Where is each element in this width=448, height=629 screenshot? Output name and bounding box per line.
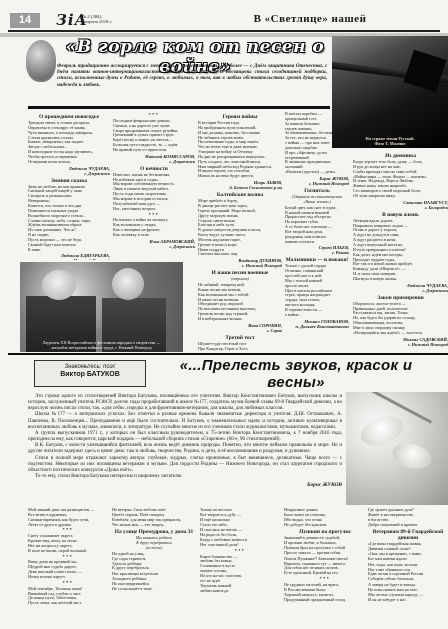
- poem-title: О вечности: [113, 166, 195, 172]
- poem-text: Оборвалось: ангела-телега — Правильных д…: [353, 302, 448, 336]
- poem-title: Закон примирения: [353, 295, 448, 301]
- feature-paragraph: А группа выпускников 1971 г., у которых …: [28, 431, 342, 443]
- section-divider-rule: [8, 353, 448, 355]
- poem-text: Не трудных мелочей, ни врага, В России в…: [284, 583, 366, 602]
- feature-paragraph: В.К. Батуков, с юности увлекавшийся фант…: [28, 443, 342, 455]
- poem-text: Мой зимний день так разноцветен — Все ве…: [28, 508, 108, 527]
- poem-text: Пошла Пушкина?! Батюшки-светы! Впрочем, …: [284, 557, 366, 576]
- poem-author: Людмила ЧУДАЕВА, г. Дзержинск: [28, 166, 110, 176]
- photo-caption: На страже земли Русской. Фото Т. Мжачих: [334, 136, 446, 146]
- feature-byline: Борис ЖУКОВ: [28, 482, 342, 488]
- stars-separator: ***: [28, 581, 108, 586]
- poem-text: А завтра не будет и взвода. Но пока памя…: [368, 583, 448, 602]
- poem-text: Нас красавицы встретили Холодного ребёнк…: [112, 572, 196, 591]
- header-rule: [8, 30, 440, 32]
- poem-text: В мечтах коробки — прощальный тост. За в…: [285, 112, 349, 175]
- poem-column-6: Мой зимний день так разноцветен — Все ве…: [28, 508, 108, 627]
- feature-paragraphs: Это строки одного из стихотворений Викто…: [28, 394, 342, 480]
- feature-box: Знакомьтесь: поэт Виктор БАТУКОВ: [34, 360, 146, 387]
- poem-author: Михаил САДОВСКИЙ, г. Нижний Новгород: [353, 337, 448, 347]
- feature-paragraph: То-то ему, стихи Виктора Батукова интере…: [28, 474, 342, 480]
- poem-text: Море прибьёт к борту, В днище растает на…: [198, 199, 282, 257]
- poem-title: Третий тост: [198, 335, 282, 341]
- poem-author: Михаил ГОЛОВАНОВ, п. Дальнее Константино…: [285, 319, 349, 329]
- intro-rule: [28, 106, 330, 109]
- poem-column-9: Некрасивое деянье Было вовсе не отлично,…: [284, 508, 366, 627]
- ornament-emblem: [26, 40, 56, 80]
- poem-text: Некрасивое деянье Было вовсе не отлично,…: [284, 508, 366, 527]
- poem-text: Зиму не люблю, но как приятно Снежной ча…: [28, 185, 110, 253]
- poem-author: Людмила ЧУДАЕВА, г. Дзержинск: [353, 283, 448, 293]
- poem-author: Владимир ДУБИНОВ, г. Нижний Новгород: [198, 258, 282, 268]
- poem-title: Ветеранам 89-й Гвардейской дивизии: [368, 529, 448, 541]
- poem-column-3: Героям войныВ истории России года, На пр…: [198, 112, 282, 352]
- poem-text: Только с душой сердца Отчизны, славянски…: [285, 264, 349, 317]
- poem-title: Зимняя сказка: [28, 178, 110, 184]
- photo-caption: Лауреаты XII Всероссийского фестиваля на…: [22, 340, 181, 350]
- newspaper-page: 14 ЗіА № 2 (384), февраль 2018 г. В «Све…: [0, 0, 448, 629]
- poem-text: Не забывай, товарищ мой, Какие песни мы …: [198, 283, 282, 322]
- veteran-face: [112, 268, 144, 300]
- page-number: 14: [10, 13, 40, 28]
- poem-column-8: Только не веселье Всё творится к дубу — …: [200, 508, 280, 627]
- flower-petal-shape: [390, 439, 435, 473]
- poem-author: Иван СОРОКИН, г. Саров: [198, 323, 282, 333]
- poem-text: Летящая вдаль дорога. Покрывало ковровых…: [353, 219, 448, 282]
- feature-article: Это строки одного из стихотворений Викто…: [28, 394, 342, 488]
- poem-text: «Где ваша гвардейская живая, Дивизия сла…: [368, 542, 448, 561]
- section-title: В «Светлице» нашей: [210, 13, 410, 25]
- poem-text: На одной на улиц, Где сады теряются, Уда…: [112, 552, 196, 571]
- poem-text: Снегу сглаживает окрест, Кружит вид, кош…: [28, 534, 108, 553]
- poem-column-7: Не ветерка. Своя любовь поёт. Цветёт сир…: [112, 508, 196, 627]
- feature-paragraph: Это строки одного из стихотворений Викто…: [28, 394, 342, 412]
- poem-text: Знакомый в девяносто судьбой, И прозаик …: [284, 536, 366, 555]
- poem-column-4: В мечтах коробки — прощальный тост. За в…: [285, 112, 349, 352]
- poem-text: Трещали свечи, и стопка догорала, Оправл…: [28, 121, 110, 165]
- poem-text: Не ветерка. Своя любовь поёт. Цветёт сир…: [112, 508, 196, 527]
- flowers-photo: [346, 392, 448, 505]
- soldier-photo: На страже земли Русской. Фото Т. Мжачих: [332, 36, 448, 148]
- poem-title: В новую жизнь: [353, 212, 448, 218]
- poem-column-5: Из дневникаКогда терзает тело боль, душу…: [353, 151, 448, 352]
- poem-column-2: ***Последние февральские деньки. Снежок,…: [113, 112, 195, 258]
- poem-column-10: Где тронет дыхание душ? Живёт в несоверш…: [368, 508, 448, 627]
- poem-author: Сергей ИЛЬЕВ, г. Рязань: [285, 245, 349, 255]
- poem-author: Борис ЖУКОВ, г. Нижний Новгород: [285, 176, 349, 186]
- poem-text: Вижу дома на прежний час, Щедрой мне суд…: [28, 560, 108, 579]
- poem-author: Игорь ЛЬВОВ, д. Бочиха Сосновского р-на: [198, 180, 282, 190]
- feature-paragraph: Стихи в полной мере отражают характер ав…: [28, 456, 342, 474]
- veterans-photo: Лауреаты XII Всероссийского фестиваля на…: [20, 262, 183, 352]
- poem-text: Только не веселье Всё творится к дубу — …: [200, 508, 280, 527]
- poem-text: Последние февральские деньки. Снежок, а …: [113, 119, 195, 153]
- poem-text: Какое блаженство — любовь без конца, Сол…: [200, 555, 280, 594]
- poem-author: Светлана НААВГУСТ, г. Богородск: [353, 200, 448, 210]
- feature-paragraph: Школа №177 — о ветеранских успехах. Без …: [28, 412, 342, 430]
- poem-text: Когда терзает тело боль, душу — боль, И …: [353, 160, 448, 199]
- poem-subtitle: (Отрывок из стихотворения «Наша жизнь»): [285, 195, 349, 205]
- feature-box-name: Виктор БАТУКОВ: [35, 371, 145, 378]
- poem-text: Шумит-гудит весёлый тост Про Кандагар, Г…: [198, 342, 282, 352]
- poem-text: Где тронет дыхание душ? Живёт в несоверш…: [368, 508, 448, 527]
- lead-intro: Февраль традиционно ассоциируется с мете…: [57, 63, 327, 88]
- feature-headline: «...Прелесть звуков, красок и весны»: [150, 357, 442, 391]
- feature-box-label: Знакомьтесь: поэт: [35, 364, 145, 370]
- poem-author: Илья АБРАМОВСКИЙ, г. Дзержинск: [113, 239, 195, 249]
- rifle-stock-shape: [404, 50, 447, 93]
- poem-column-1: О прошедшем новогодьеТрещали свечи, и ст…: [28, 112, 110, 260]
- poem-text: На памяти о войне не молкнут, Как вспомн…: [113, 218, 195, 237]
- poem-text: Белый цвет, как снег в горах, В нашей па…: [285, 206, 349, 245]
- poem-subtitle: Мы нанялись ребёнок К другу перебраться …: [112, 536, 196, 551]
- poem-author: Николай КОМИССАРОВ, г. Дзержинск: [113, 154, 195, 164]
- poem-text: В истории России года, На пройденном пут…: [198, 121, 282, 179]
- poem-text: Мой сентябрь. Теплынь такая! Вишнёвый са…: [28, 587, 108, 606]
- veteran-face: [42, 270, 76, 300]
- issue-info: № 2 (384), февраль 2018 г.: [82, 14, 112, 25]
- poem-text: Нет, годы, как пули, косили, Нас тоже об…: [368, 563, 448, 582]
- stars-separator: ***: [200, 549, 280, 554]
- poem-text: Известно: жизнь не бесконечна, Не избежа…: [113, 173, 195, 212]
- poem-text: И спаслись не ватою — На радость без бол…: [200, 528, 280, 547]
- poem-author: Людмила ЕДИГАРЬЕВА, г. Нижний Новгород: [28, 253, 110, 260]
